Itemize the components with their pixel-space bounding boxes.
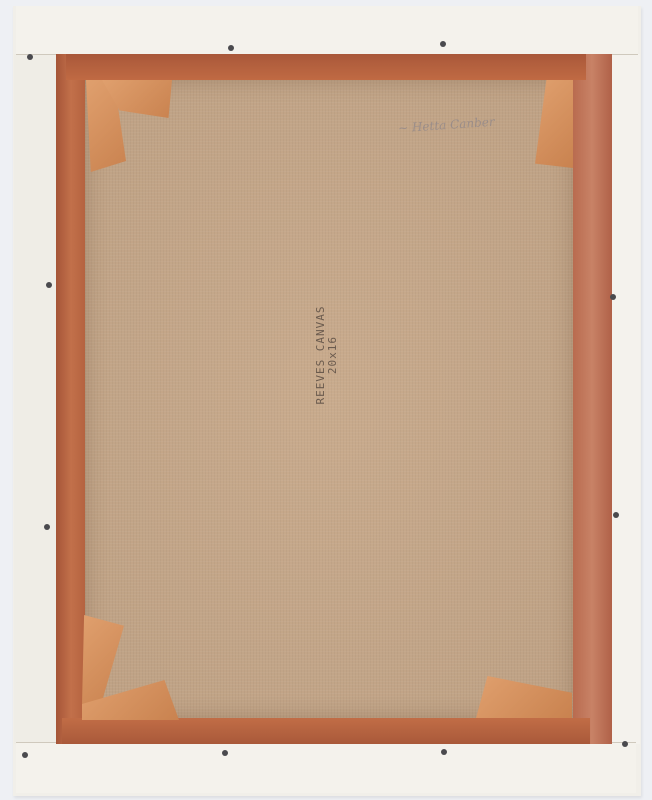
tack [46, 282, 52, 288]
tack [222, 750, 228, 756]
stretcher-bar-top [66, 54, 586, 80]
stretcher-bar-left [56, 54, 86, 744]
top-primed-fold [16, 6, 638, 55]
tack [22, 752, 28, 758]
tack [622, 741, 628, 747]
tack [613, 512, 619, 518]
stretcher-bar-right [572, 54, 612, 744]
tack [440, 41, 446, 47]
bottom-primed-fold [16, 742, 636, 793]
stretcher-bar-bottom [62, 718, 590, 744]
tack [441, 749, 447, 755]
tack [27, 54, 33, 60]
tack [228, 45, 234, 51]
reeves-canvas-stamp: REEVES CANVAS 20x16 [307, 295, 347, 415]
tack [44, 524, 50, 530]
left-primed-strip [14, 54, 58, 744]
right-primed-strip [610, 54, 640, 744]
stamp-size: 20x16 [327, 305, 339, 404]
tack [610, 294, 616, 300]
